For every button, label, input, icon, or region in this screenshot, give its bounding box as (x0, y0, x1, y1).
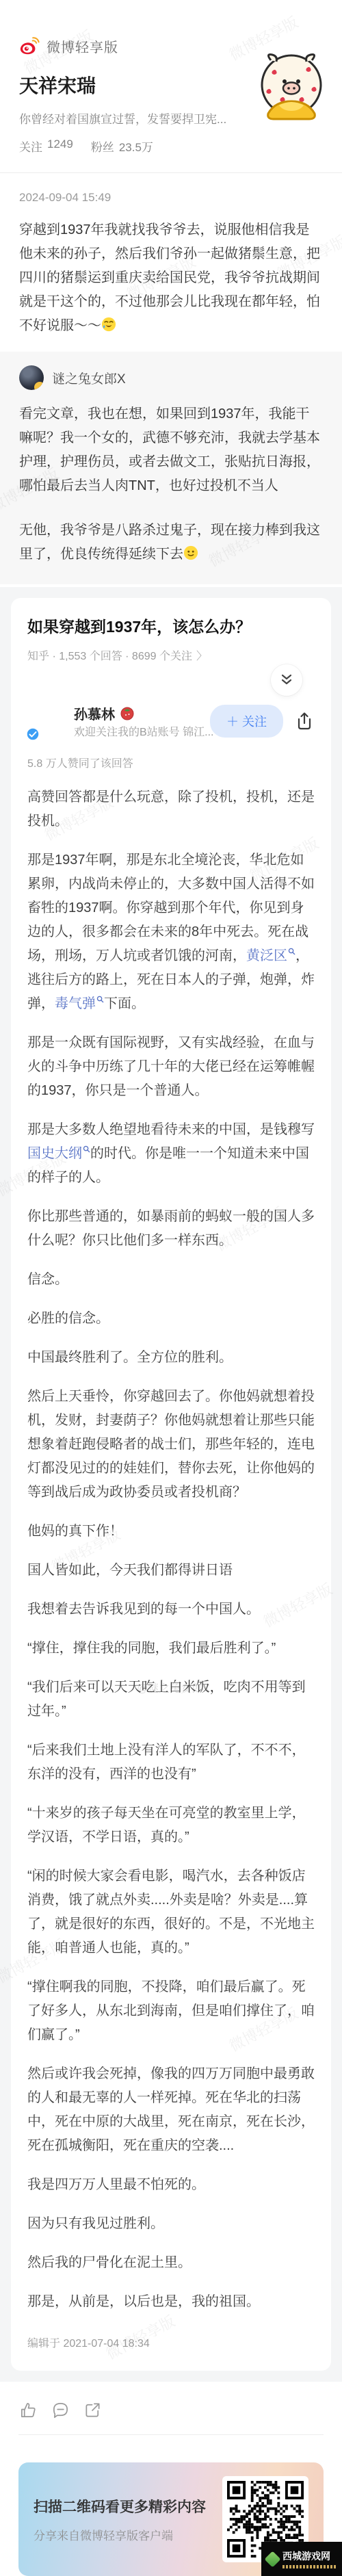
site-logo-icon (264, 2551, 280, 2567)
search-icon (83, 1145, 90, 1153)
profile-stats: 关注 1249 粉丝 23.5万 (19, 138, 323, 155)
search-icon (96, 996, 104, 1003)
answer-paragraph: 那是一众既有国际视野，又有实战经验，在血与火的斗争中历练了几十年的大佬已经在运筹… (27, 1031, 315, 1103)
answer-paragraph: 那是，从前是，以后也是，我的祖国。 (27, 2290, 315, 2314)
answer-paragraph: 信念。 (27, 1268, 315, 1292)
footer-divider (18, 2434, 324, 2435)
answer-paragraph: “闲的时候大家会看电影，喝汽水，去各种饭店消费，饿了就点外卖.....外卖是啥？… (27, 1864, 315, 1960)
comment-icon[interactable] (51, 2401, 70, 2419)
followers-label: 粉丝 (91, 138, 114, 155)
link-duqidan[interactable]: 毒气弹 (55, 996, 96, 1011)
answer-paragraph: 必胜的信念。 (27, 1307, 315, 1331)
profile-section: 天祥宋瑞 你曾经对着国旗宣过誓，发誓要捍卫宪... 关注 1249 粉丝 23.… (0, 56, 342, 155)
page: 微博轻享版 微博轻享版 微博轻享版 微博轻享版 微博轻享版 微博轻享版 微博轻享… (0, 0, 342, 2576)
edited-timestamp: 编辑于 2021-07-04 18:34 (27, 2334, 315, 2350)
laugh-cry-emoji (101, 317, 116, 332)
verified-badge-icon (26, 727, 40, 741)
repost-paragraph: 看完文章，我也在想，如果回到1937年，我能干嘛呢？我一个女的，武德不够充沛，我… (19, 402, 323, 498)
site-watermark: 西城游戏网 (261, 2542, 342, 2576)
repost-section: 谜之兔女郎X 看完文章，我也在想，如果回到1937年，我能干嘛呢？我一个女的，武… (0, 352, 342, 584)
site-subtext (282, 2565, 336, 2568)
answer-paragraph: “后来我们土地上没有洋人的军队了，不不不，东洋的没有，西洋的也没有” (27, 1739, 315, 1786)
post-text: 穿越到1937年我就找我爷爷去，说服他相信我是他未来的孙子，然后我们爷孙一起做猪… (19, 218, 323, 338)
upvote-count-line: 5.8 万人赞同了该回答 (27, 755, 315, 770)
collapse-button[interactable] (271, 664, 302, 696)
answer-paragraph: 他妈的真下作！ (27, 1520, 315, 1544)
author-badge-icon (120, 707, 134, 720)
answer-paragraph: 然后我的尸骨化在泥土里。 (27, 2251, 315, 2275)
banner-texts: 扫描二维码看更多精彩内容 分享来自微博轻享版客户端 (34, 2496, 222, 2543)
app-header: 微博轻享版 (0, 0, 342, 56)
repost-paragraph-body: 无他，我爷爷是八路杀过鬼子，现在接力棒到我这里了，优良传统得延续下去 (19, 523, 320, 562)
answer-paragraph: 那是1937年啊，那是东北全境沦丧，华北危如累卵，内战尚未停止的，大多数中国人活… (27, 848, 315, 1016)
answer-author-bio: 欢迎关注我的B站账号 锦江... (74, 727, 213, 738)
post-action-bar (0, 2382, 342, 2434)
answer-paragraph: “撑住啊我的同胞，不投降，咱们最后赢了。死了好多人，从东北到海南，但是咱们撑住了… (27, 1975, 315, 2047)
follow-button[interactable]: ＋ 关注 (210, 705, 283, 738)
repost-author-name[interactable]: 谜之兔女郎X (52, 369, 126, 387)
answer-author-avatar[interactable] (27, 703, 64, 740)
answer-paragraph: 我想着去告诉我见到的每一个中国人。 (27, 1598, 315, 1622)
answer-text: 下面。 (104, 996, 145, 1011)
author-info: 孙慕林 欢迎关注我的B站账号 锦江... (74, 703, 210, 739)
post-date: 2024-09-04 15:49 (19, 191, 323, 205)
zhihu-answer-card: 如果穿越到1937年，该怎么办？ 知乎 · 1,553 个回答 · 8699 个… (11, 598, 331, 2371)
answer-paragraph: 因为只有我见过胜利。 (27, 2212, 315, 2236)
share-icon[interactable] (294, 711, 315, 731)
following-stat[interactable]: 关注 1249 (19, 138, 73, 155)
banner-title: 扫描二维码看更多精彩内容 (34, 2496, 222, 2516)
followers-stat[interactable]: 粉丝 23.5万 (91, 138, 153, 155)
answer-author-row: 孙慕林 欢迎关注我的B站账号 锦江... ＋ 关注 (27, 703, 315, 740)
answer-text: 那是1937年啊，那是东北全境沦丧，华北危如累卵，内战尚未停止的，大多数中国人活… (27, 853, 315, 963)
profile-avatar-pig[interactable] (256, 51, 327, 126)
answer-paragraph: 我是四万万人里最不怕死的。 (27, 2173, 315, 2197)
repost-paragraph: 无他，我爷爷是八路杀过鬼子，现在接力棒到我这里了，优良传统得延续下去 (19, 519, 323, 567)
link-guoshidagang[interactable]: 国史大纲 (27, 1146, 82, 1161)
post-section: 2024-09-04 15:49 穿越到1937年我就找我爷爷去，说服他相信我是… (0, 173, 342, 338)
like-icon[interactable] (19, 2401, 38, 2419)
answer-paragraph: 你比那些普通的，如暴雨前的蚂蚁一般的国人多什么呢？你只比他们多一样东西。 (27, 1205, 315, 1253)
card-zone: 如果穿越到1937年，该怎么办？ 知乎 · 1,553 个回答 · 8699 个… (0, 587, 342, 2382)
answer-paragraph: 然后或许我会死掉，像我的四万万同胞中最勇敢的人和最无辜的人一样死掉。死在华北的扫… (27, 2062, 315, 2158)
followers-count: 23.5万 (119, 138, 153, 155)
question-meta-text: 知乎 · 1,553 个回答 · 8699 个关注 (27, 647, 192, 663)
answer-paragraph: 国人皆如此，今天我们都得讲日语 (27, 1559, 315, 1583)
site-name: 西城游戏网 (282, 2549, 336, 2563)
answer-paragraph: “我们后来可以天天吃上白米饭，吃肉不用等到过年。” (27, 1676, 315, 1723)
answer-paragraph: 高赞回答都是什么玩意，除了投机，投机，还是投机。 (27, 785, 315, 833)
following-count: 1249 (47, 138, 73, 155)
repost-author-avatar[interactable] (19, 365, 44, 390)
post-text-body: 穿越到1937年我就找我爷爷去，说服他相信我是他未来的孙子，然后我们爷孙一起做猪… (19, 222, 320, 333)
answer-text: 那是大多数人绝望地看待未来的中国，是钱穆写 (27, 1122, 315, 1137)
collapse-row (27, 663, 315, 696)
app-name: 微博轻享版 (47, 36, 118, 56)
answer-paragraph: 然后上天垂怜，你穿越回去了。你他妈就想着投机，发财，封妻荫子？你他妈就想着让那些… (27, 1385, 315, 1505)
answer-paragraph: 那是大多数人绝望地看待未来的中国，是钱穆写国史大纲的时代。你是唯一一个知道未来中… (27, 1118, 315, 1190)
share-post-icon[interactable] (83, 2401, 102, 2419)
following-label: 关注 (19, 138, 42, 155)
repost-author-row: 谜之兔女郎X (19, 365, 323, 390)
smile-emoji (183, 545, 198, 560)
question-meta[interactable]: 知乎 · 1,553 个回答 · 8699 个关注 〉 (27, 647, 315, 663)
answer-paragraph: 中国最终胜利了。全方位的胜利。 (27, 1346, 315, 1370)
answer-body: 高赞回答都是什么玩意，除了投机，投机，还是投机。 那是1937年啊，那是东北全境… (27, 785, 315, 2314)
question-title[interactable]: 如果穿越到1937年，该怎么办？ (27, 616, 315, 638)
answer-paragraph: “十来岁的孩子每天坐在可亮堂的教室里上学，学汉语，不学日语，真的。” (27, 1801, 315, 1849)
answer-paragraph: “撑住，撑住我的同胞，我们最后胜利了。” (27, 1637, 315, 1661)
search-icon (288, 948, 295, 955)
link-huangfanqu[interactable]: 黄泛区 (246, 948, 287, 963)
profile-bio: 你曾经对着国旗宣过誓，发誓要捍卫宪... (19, 109, 245, 127)
weibo-logo-icon (19, 36, 40, 56)
banner-subtitle: 分享来自微博轻享版客户端 (34, 2526, 222, 2543)
chevron-right-icon: 〉 (196, 647, 207, 663)
double-chevron-down-icon (279, 673, 294, 688)
answer-author-name[interactable]: 孙慕林 (74, 703, 115, 723)
